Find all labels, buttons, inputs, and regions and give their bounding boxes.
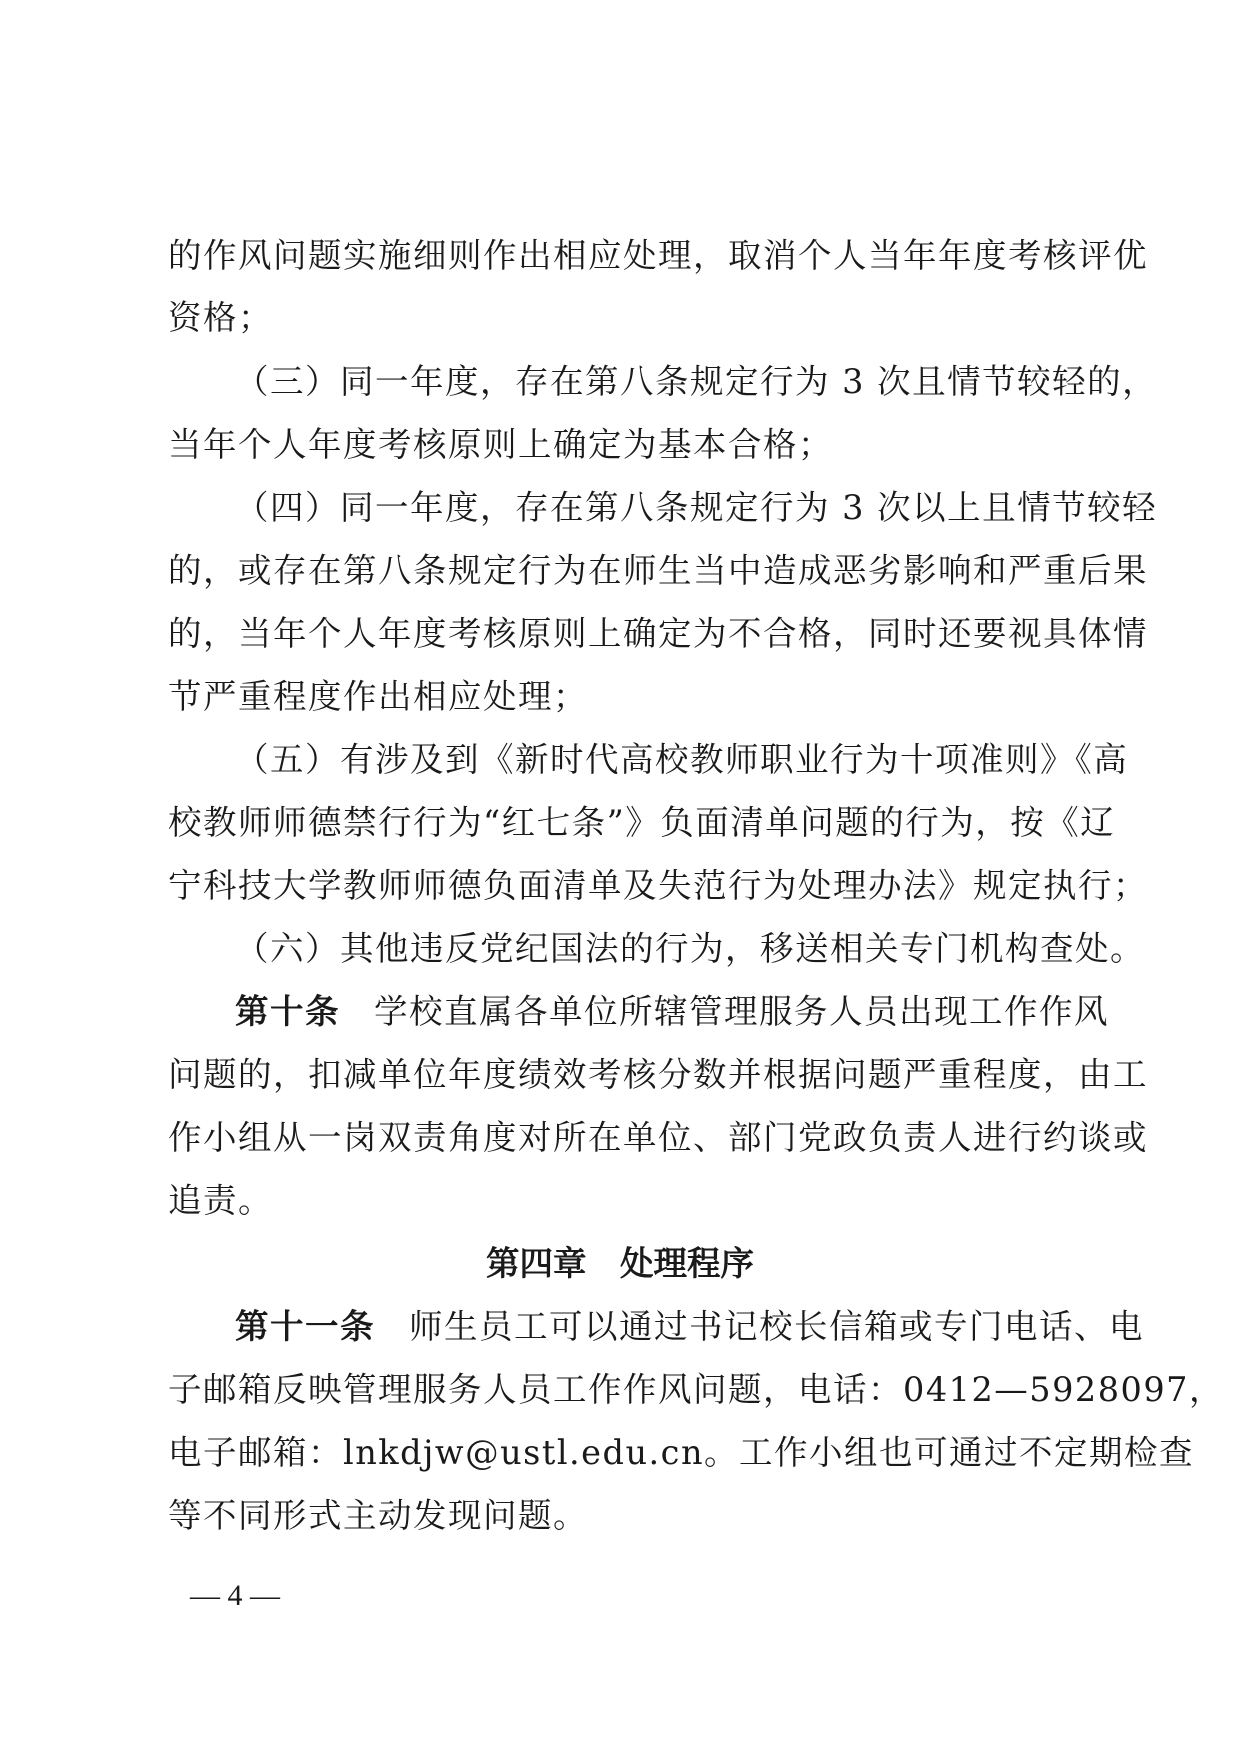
- paragraph-line: 等不同形式主动发现问题。: [168, 1496, 1078, 1536]
- paragraph-line: 的，或存在第八条规定行为在师生当中造成恶劣影响和严重后果: [168, 551, 1078, 591]
- document-page: 的作风问题实施细则作出相应处理，取消个人当年年度考核评优 资格； （三）同一年度…: [0, 0, 1240, 1753]
- article-10-line: 第十条学校直属各单位所辖管理服务人员出现工作作风: [235, 992, 1078, 1032]
- clause-5-line: （五）有涉及到《新时代高校教师职业行为十项准则》《高: [235, 740, 1078, 780]
- article-10-label: 第十条: [235, 992, 340, 1031]
- article-11-label: 第十一条: [235, 1307, 375, 1346]
- article-11-text: 师生员工可以通过书记校长信箱或专门电话、电: [409, 1307, 1144, 1346]
- paragraph-line: 资格；: [168, 298, 1078, 338]
- paragraph-line: 的，当年个人年度考核原则上确定为不合格，同时还要视具体情: [168, 614, 1078, 654]
- paragraph-line: 校教师师德禁行行为“红七条”》负面清单问题的行为，按《辽: [168, 803, 1078, 843]
- chapter-heading: 第四章 处理程序: [0, 1244, 1240, 1284]
- paragraph-line: 当年个人年度考核原则上确定为基本合格；: [168, 425, 1078, 465]
- page-number: — 4 —: [190, 1578, 280, 1614]
- paragraph-line: 追责。: [168, 1181, 1078, 1221]
- paragraph-line: 的作风问题实施细则作出相应处理，取消个人当年年度考核评优: [168, 236, 1078, 276]
- paragraph-line: 电子邮箱：lnkdjw@ustl.edu.cn。工作小组也可通过不定期检查: [168, 1433, 1078, 1473]
- clause-3-line: （三）同一年度，存在第八条规定行为 3 次且情节较轻的，: [235, 362, 1078, 402]
- paragraph-line: 节严重程度作出相应处理；: [168, 677, 1078, 717]
- paragraph-line: 子邮箱反映管理服务人员工作作风问题，电话：0412—5928097，: [168, 1370, 1078, 1410]
- paragraph-line: 宁科技大学教师师德负面清单及失范行为处理办法》规定执行；: [168, 866, 1078, 906]
- paragraph-line: 问题的，扣减单位年度绩效考核分数并根据问题严重程度，由工: [168, 1055, 1078, 1095]
- paragraph-line: 作小组从一岗双责角度对所在单位、部门党政负责人进行约谈或: [168, 1118, 1078, 1158]
- clause-4-line: （四）同一年度，存在第八条规定行为 3 次以上且情节较轻: [235, 488, 1078, 528]
- article-11-line: 第十一条师生员工可以通过书记校长信箱或专门电话、电: [235, 1307, 1078, 1347]
- article-10-text: 学校直属各单位所辖管理服务人员出现工作作风: [374, 992, 1109, 1031]
- clause-6-line: （六）其他违反党纪国法的行为，移送相关专门机构查处。: [235, 929, 1078, 969]
